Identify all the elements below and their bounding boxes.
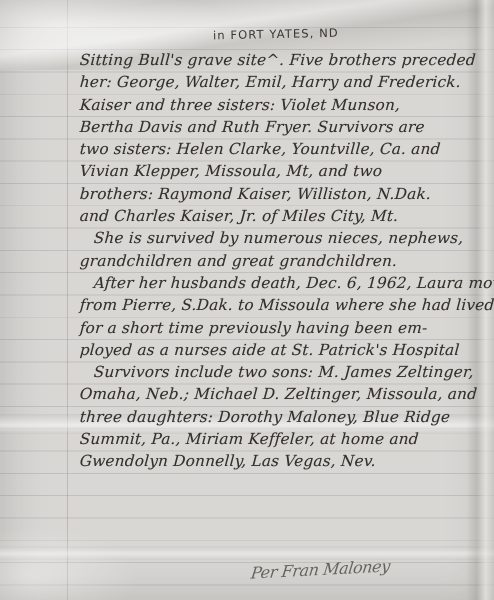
- handwritten-line: Survivors include two sons: M. James Zel…: [79, 361, 490, 383]
- handwritten-line: brothers: Raymond Kaiser, Williston, N.D…: [79, 183, 490, 205]
- paper-wrinkle: [0, 480, 180, 600]
- note-body: Sitting Bull's grave site^. Five brother…: [79, 49, 488, 473]
- handwritten-line: She is survived by numerous nieces, neph…: [79, 227, 490, 249]
- handwritten-line: for a short time previously having been …: [79, 317, 490, 339]
- handwritten-line: ployed as a nurses aide at St. Patrick's…: [79, 339, 490, 361]
- handwritten-note-page: in FORT YATES, ND Sitting Bull's grave s…: [0, 0, 494, 600]
- handwritten-line: her: George, Walter, Emil, Harry and Fre…: [79, 71, 490, 93]
- handwritten-line: Sitting Bull's grave site^. Five brother…: [79, 49, 490, 71]
- handwritten-line: two sisters: Helen Clarke, Yountville, C…: [79, 138, 490, 160]
- handwritten-line: from Pierre, S.Dak. to Missoula where sh…: [79, 294, 490, 316]
- handwritten-line: Kaiser and three sisters: Violet Munson,: [79, 94, 490, 116]
- paper-fold-crease-bottom: [0, 546, 494, 560]
- handwritten-line: three daughters: Dorothy Maloney, Blue R…: [79, 406, 490, 428]
- handwritten-line: Summit, Pa., Miriam Keffeler, at home an…: [79, 428, 490, 450]
- handwritten-line: grandchildren and great grandchildren.: [79, 250, 490, 272]
- handwritten-line: and Charles Kaiser, Jr. of Miles City, M…: [79, 205, 490, 227]
- handwritten-line: Omaha, Neb.; Michael D. Zeltinger, Misso…: [79, 383, 490, 405]
- signature: Per Fran Maloney: [250, 556, 391, 582]
- handwritten-line: Bertha Davis and Ruth Fryer. Survivors a…: [79, 116, 490, 138]
- handwritten-line: Gwendolyn Donnelly, Las Vegas, Nev.: [79, 450, 490, 472]
- handwritten-line: After her husbands death, Dec. 6, 1962, …: [79, 272, 490, 294]
- insertion-annotation: in FORT YATES, ND: [213, 26, 339, 43]
- handwritten-line: Vivian Klepper, Missoula, Mt, and two: [79, 160, 490, 182]
